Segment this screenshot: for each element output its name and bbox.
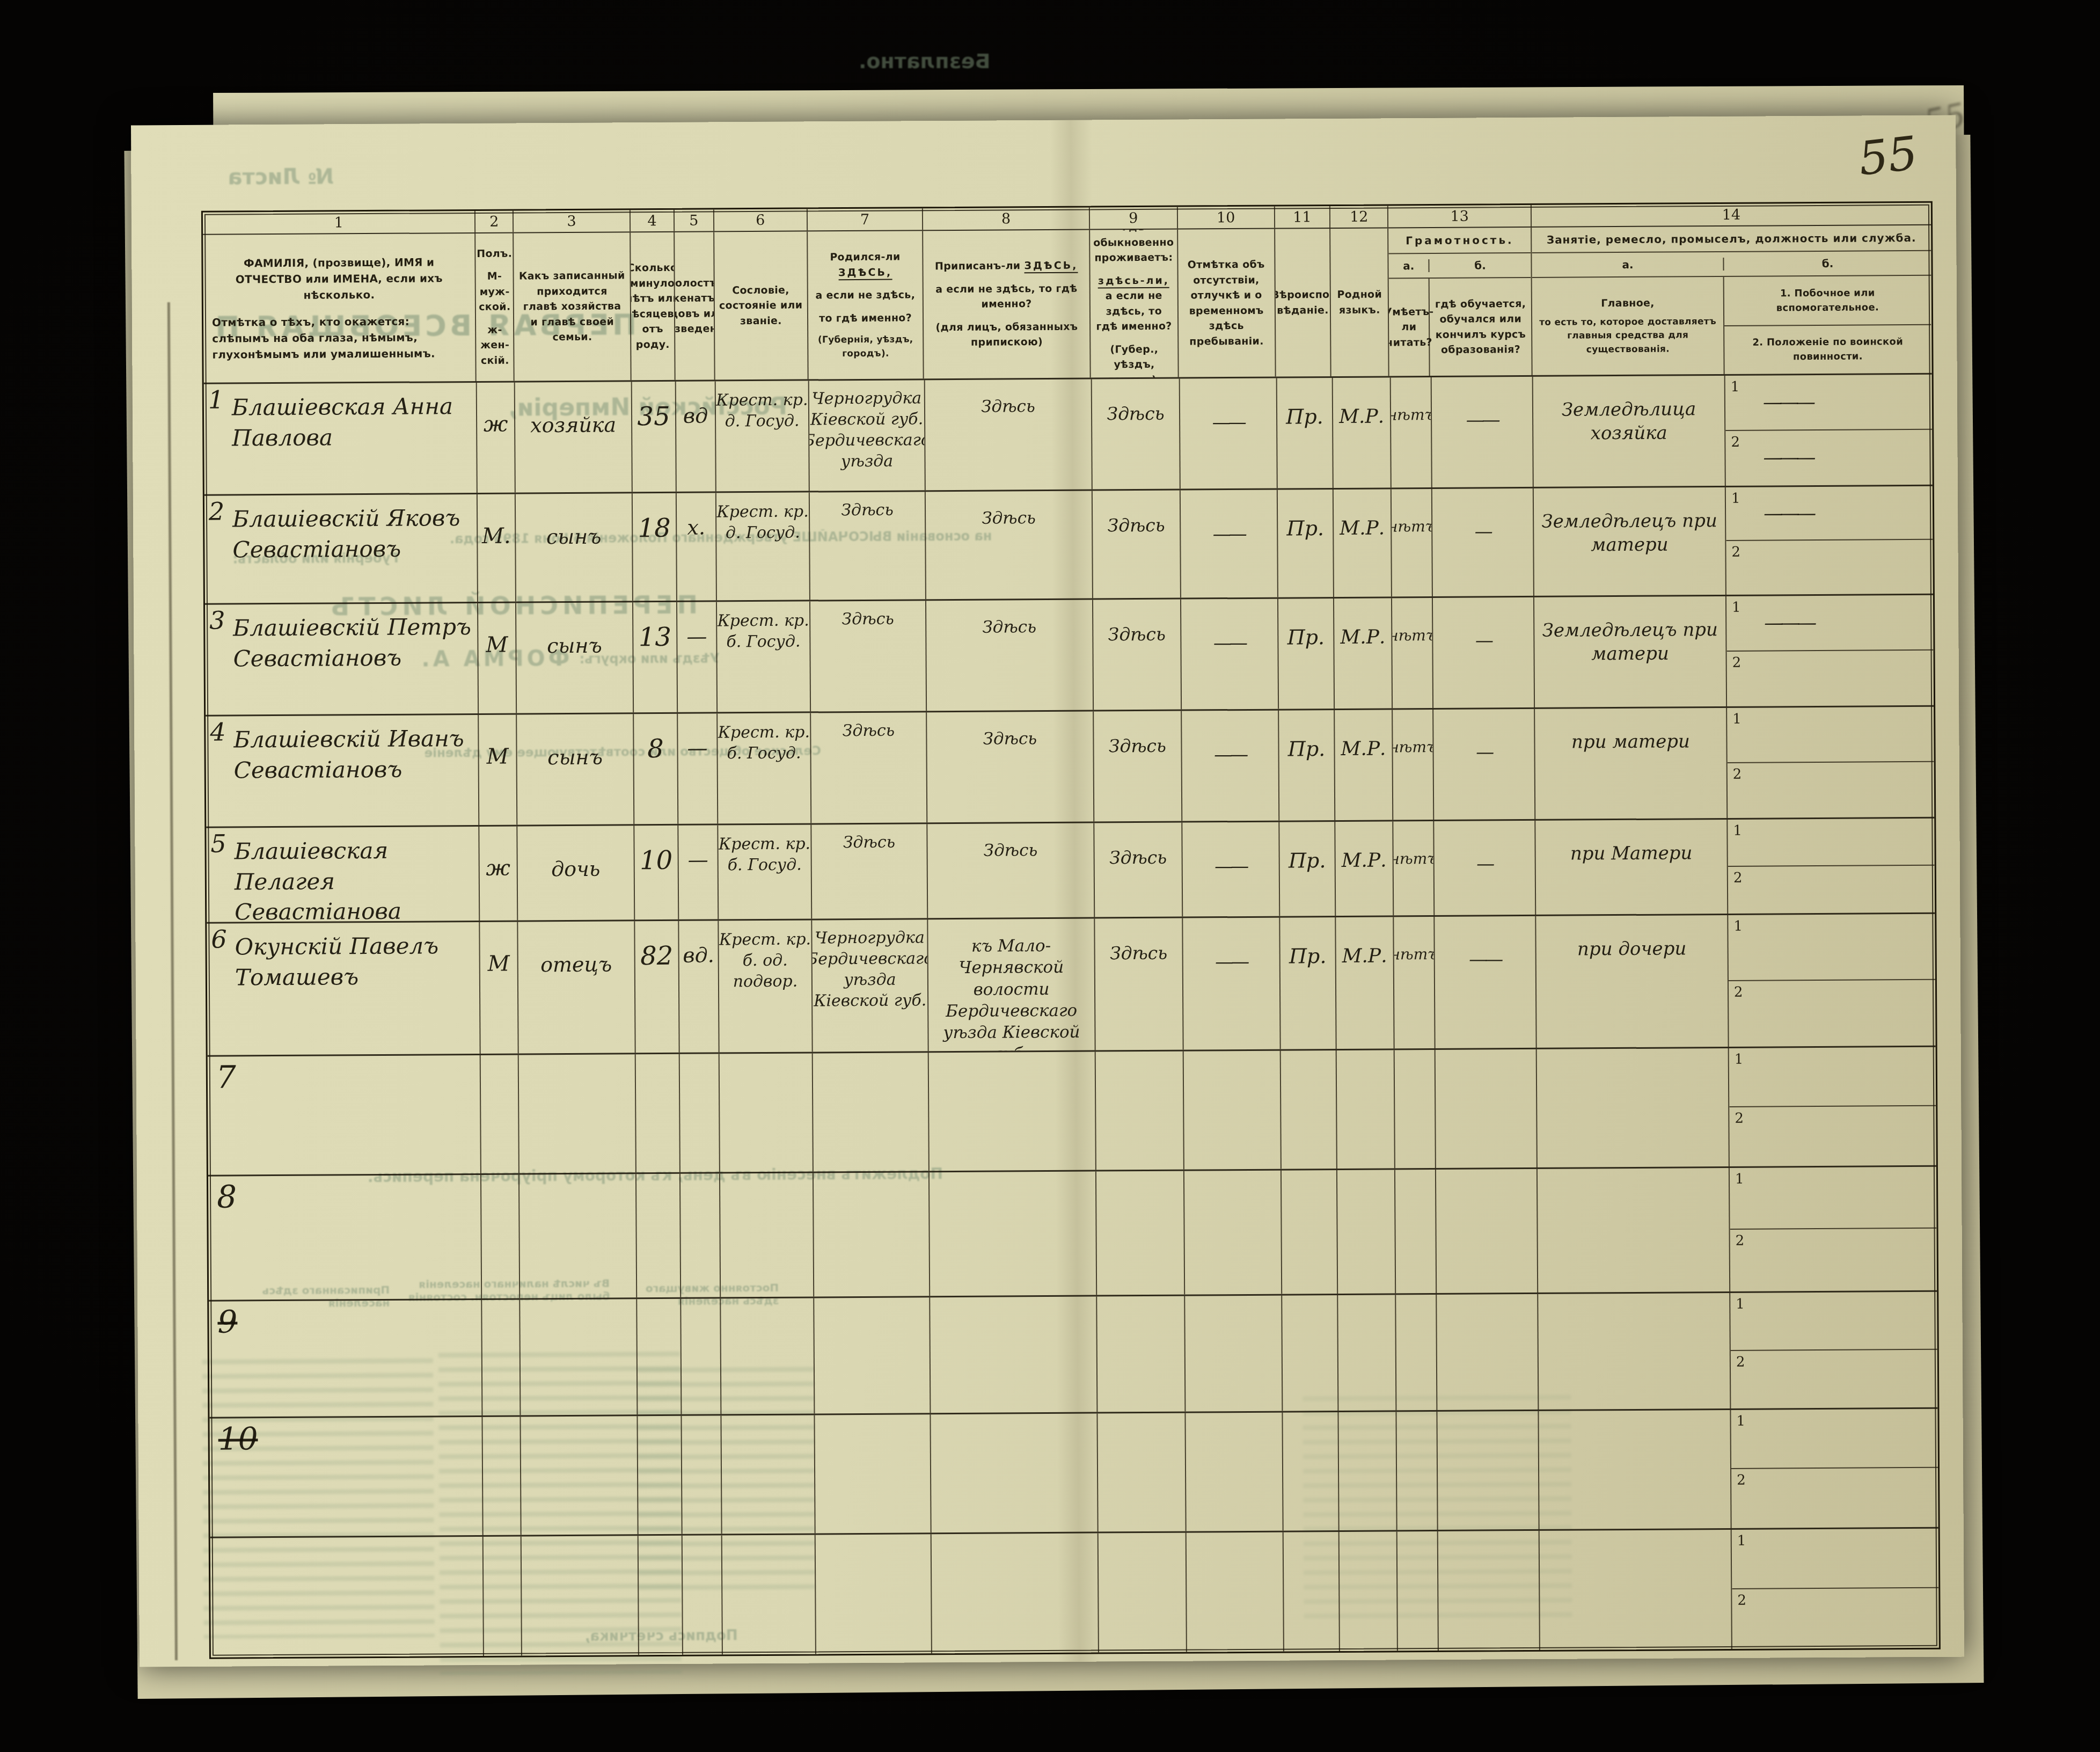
absence-cell: —— <box>1183 918 1281 1050</box>
bleed-sheet-no: № Листа <box>228 164 333 189</box>
occupation-cell: Земледѣлецъ при матери <box>1534 596 1727 707</box>
header-religion: Вѣроиспо-вѣданіе. <box>1275 229 1331 377</box>
side-occupation-sub2: 2 <box>1731 1468 1938 1528</box>
side-occupation-sub1: 1 ——— <box>1725 375 1933 431</box>
person-name: Блашіевская Анна Павлова <box>204 383 477 454</box>
person-name: Блашіевскій Яковъ Севастіановъ <box>204 494 477 565</box>
religion-cell: Пр. <box>1278 490 1334 597</box>
side-occupation-sub2: 2 <box>1729 1106 1936 1166</box>
residence-cell <box>1096 1052 1184 1170</box>
side-occupation-sub1: 1 ——— <box>1726 486 1933 541</box>
sub-label-2: 2 <box>1737 1472 1746 1488</box>
side-occupation-sub1: 1 <box>1729 1047 1936 1107</box>
relation-cell: отецъ <box>518 921 635 1053</box>
estate-cell <box>720 1053 814 1172</box>
estate-cell: Крест. кр. б. Госуд. <box>717 601 811 712</box>
col-number-8: 8 <box>923 208 1090 230</box>
absence-cell <box>1187 1532 1284 1652</box>
residence-cell: Здѣсь <box>1094 823 1183 917</box>
education-cell: — <box>1434 821 1536 915</box>
header-estate: Сословіе, состояніе или званіе. <box>714 231 808 379</box>
reads-cell: нѣтъ <box>1393 710 1434 820</box>
marital-cell: вд. <box>679 921 719 1052</box>
header-birthplace: Родился-ли ЗДѢСЬ, а если не здѣсь, то гд… <box>808 231 924 379</box>
header-occupation-title: Занятіе, ремесло, промыселъ, должность и… <box>1532 225 1931 253</box>
header-sex-female: ж-жен-скій. <box>480 322 509 368</box>
name-cell: 9 <box>209 1300 482 1417</box>
row-number: 6 <box>211 925 227 954</box>
sub-label-1: 1 <box>1735 1171 1744 1187</box>
marital-cell <box>681 1173 721 1297</box>
religion-cell <box>1284 1532 1340 1652</box>
col-number-3: 3 <box>514 210 631 232</box>
reads-cell <box>1395 1170 1437 1293</box>
registered-cell <box>931 1413 1098 1532</box>
header-name: ФАМИЛІЯ, (прозвище), ИМЯ и ОТЧЕСТВО или … <box>203 233 477 383</box>
header-occupation-main-text: то есть то, которое доставляетъ главныя … <box>1536 315 1719 356</box>
name-cell: 7 <box>208 1055 481 1175</box>
table-body: 1 Блашіевская Анна Павлова ж хозяйка 35 … <box>204 375 1939 1658</box>
header-occupation-a-label: а. <box>1532 258 1724 272</box>
name-cell: 4 Блашіевскій Иванъ Севастіановъ <box>206 715 479 827</box>
education-cell: — <box>1433 709 1535 820</box>
sex-cell: ж <box>477 383 516 493</box>
birthplace-cell: Здѣсь <box>810 492 926 600</box>
occupation-cell <box>1540 1530 1732 1650</box>
sex-cell: М <box>479 715 517 825</box>
birthplace-cell: Здѣсь <box>811 824 928 918</box>
header-birthplace-line1: Родился-ли ЗДѢСЬ, <box>811 249 919 280</box>
estate-cell <box>721 1415 815 1534</box>
table-row: 6 Окунскій Павелъ Томашевъ М отецъ 82 вд… <box>207 914 1935 1057</box>
religion-cell: Пр. <box>1278 598 1335 709</box>
relation-cell <box>521 1416 638 1535</box>
sub-label-1: 1 <box>1736 1413 1745 1429</box>
relation-cell: сынъ <box>516 493 633 601</box>
birthplace-cell: Здѣсь <box>811 712 927 823</box>
sub-label-2: 2 <box>1736 1354 1745 1370</box>
religion-cell <box>1282 1295 1338 1411</box>
col-number-2: 2 <box>475 211 514 232</box>
sex-cell <box>482 1417 521 1535</box>
birthplace-cell <box>813 1053 930 1171</box>
age-cell: 10 <box>634 826 679 919</box>
header-birthplace-line2: а если не здѣсь, <box>815 287 915 303</box>
side-occupation-sub2: 2 <box>1731 1349 1938 1408</box>
side-occupation-sub1: 1 <box>1728 914 1935 981</box>
side-occupation-cell: 1 ——— 2 ——— <box>1725 375 1933 486</box>
birthplace-cell <box>814 1297 931 1413</box>
estate-cell <box>722 1535 816 1654</box>
estate-cell: Крест. кр. б. Госуд. <box>718 824 812 919</box>
registered-cell: Здѣсь <box>927 823 1095 918</box>
header-birthplace-line3: то гдѣ именно? <box>819 310 912 326</box>
side-occupation-sub2: 2 ——— <box>1725 429 1933 486</box>
col-number-12: 12 <box>1330 206 1388 228</box>
sex-cell <box>482 1300 521 1415</box>
registered-cell <box>930 1296 1097 1413</box>
occupation-cell: при дочери <box>1536 915 1729 1048</box>
registered-cell: Здѣсь <box>927 712 1094 823</box>
side-occupation-sub2: 2 <box>1726 540 1933 595</box>
header-relation: Какъ записанный приходится главѣ хозяйст… <box>514 232 631 381</box>
age-cell <box>639 1536 683 1655</box>
side-occupation-cell: 1 2 <box>1732 1529 1939 1649</box>
reads-cell: нѣтъ <box>1391 377 1432 487</box>
language-cell <box>1338 1295 1396 1411</box>
sub-label-2: 2 <box>1732 654 1742 670</box>
education-cell: —— <box>1432 377 1534 487</box>
side-occupation-sub1: 1 <box>1732 1529 1939 1589</box>
sub-label-2: 2 <box>1736 1233 1745 1249</box>
row-number: 8 <box>217 1178 237 1215</box>
sub-label-2: 2 <box>1731 544 1740 560</box>
marital-cell <box>682 1415 722 1534</box>
side-occupation-sub2: 2 <box>1728 762 1935 818</box>
col-number-13: 13 <box>1388 205 1532 227</box>
marital-cell: — <box>678 825 719 919</box>
empty-table-row: 1 2 <box>210 1529 1939 1658</box>
col-number-7: 7 <box>807 208 923 230</box>
sub-label-2: 2 <box>1733 870 1743 886</box>
education-cell: —— <box>1435 916 1536 1048</box>
language-cell: М.Р. <box>1336 917 1394 1049</box>
sub-label-1: 1 <box>1733 918 1743 935</box>
religion-cell: Пр. <box>1280 917 1336 1049</box>
age-cell <box>638 1416 682 1534</box>
row-number: 10 <box>218 1420 258 1457</box>
sex-cell: ж <box>479 827 518 921</box>
table-row: 5 Блашіевская Пелагея Севастіанова ж доч… <box>206 819 1935 924</box>
registered-cell: къ Мало-Чернявской волости Бердичевскаго… <box>928 919 1095 1052</box>
row-number: 2 <box>209 497 225 526</box>
education-cell <box>1437 1294 1539 1410</box>
reads-cell <box>1395 1050 1436 1168</box>
sex-cell <box>481 1175 520 1298</box>
relation-cell <box>522 1536 639 1655</box>
occupation-cell <box>1537 1048 1730 1167</box>
side-occupation-cell: 1 2 <box>1730 1167 1937 1291</box>
absence-cell: —— <box>1180 378 1278 489</box>
sub-label-1: 1 <box>1731 491 1740 507</box>
header-occupation-group: Занятіе, ремесло, промыселъ, должность и… <box>1532 225 1932 375</box>
header-sex-title: Полъ. <box>477 246 512 261</box>
header-residence-line1: Гдѣ обыкновенно проживаетъ: <box>1093 230 1174 266</box>
education-cell: — <box>1433 597 1535 708</box>
absence-cell: —— <box>1182 822 1280 917</box>
estate-cell: Крест. кр. д. Госуд. <box>716 381 810 491</box>
language-cell <box>1337 1170 1396 1294</box>
side-occupation-cell: 1 ——— 2 <box>1726 486 1933 595</box>
header-literacy-education: гдѣ обучается, обучался или кончилъ курс… <box>1430 278 1532 376</box>
col-number-9: 9 <box>1090 207 1178 229</box>
page-number: 55 <box>1856 127 1920 186</box>
header-residence-rest: а если не здѣсь, то гдѣ именно? <box>1096 290 1172 333</box>
residence-cell <box>1099 1533 1187 1653</box>
marital-cell <box>681 1298 721 1414</box>
marital-cell <box>680 1054 720 1172</box>
header-occupation-b-label: б. <box>1724 257 1931 271</box>
header-literacy-reads: Умѣетъ-ли читать? <box>1389 279 1430 376</box>
side-occupation-sub1: 1 <box>1730 1292 1937 1351</box>
side-occupation-sub2: 2 <box>1729 980 1936 1047</box>
relation-cell <box>519 1054 636 1173</box>
side-occupation-sub2: 2 <box>1727 650 1934 706</box>
person-name: Блашіевская Пелагея Севастіанова <box>206 827 479 922</box>
occupation-cell: Земледѣлецъ при матери <box>1534 487 1726 596</box>
residence-cell: Здѣсь <box>1094 711 1182 822</box>
name-cell: 10 <box>209 1417 483 1537</box>
registered-cell <box>929 1052 1096 1171</box>
estate-cell: Крест. кр. б. од. подвор. <box>719 920 813 1052</box>
side-occupation-sub1: 1 ——— <box>1726 595 1934 652</box>
occupation-cell: при матери <box>1535 708 1728 819</box>
birthplace-cell <box>816 1534 932 1654</box>
header-sex: Полъ. М-муж-ской. ж-жен-скій. <box>476 233 515 381</box>
col-number-5: 5 <box>675 209 714 231</box>
relation-cell: хозяйка <box>515 382 633 492</box>
col-number-4: 4 <box>631 210 675 231</box>
reads-cell <box>1397 1531 1439 1651</box>
language-cell: М.Р. <box>1335 710 1393 820</box>
bleed-free-label: Безплатно. <box>859 49 990 73</box>
sex-cell: М <box>478 603 517 713</box>
education-cell <box>1438 1531 1540 1651</box>
name-cell <box>210 1537 484 1658</box>
person-name: Окунскій Павелъ Томашевъ <box>207 922 479 993</box>
census-table: 1 2 3 4 5 6 7 8 9 10 11 12 13 14 ФАМИЛІЯ… <box>201 201 1941 1659</box>
col-number-11: 11 <box>1275 206 1330 228</box>
col-number-6: 6 <box>714 209 808 231</box>
education-cell <box>1436 1169 1538 1293</box>
census-sheet: № Листа ПЕРВАЯ ВСЕОБЩАЯ ПЕРЕПИСЬ Россійс… <box>131 115 1964 1667</box>
under-sheet-edge <box>167 302 178 1660</box>
reads-cell: нѣтъ <box>1394 917 1435 1048</box>
header-residence-line2: здѣсь-ли, а если не здѣсь, то гдѣ именно… <box>1094 273 1174 334</box>
language-cell: М.Р. <box>1333 377 1392 488</box>
header-sex-male: М-муж-ской. <box>479 269 511 315</box>
birthplace-cell <box>815 1414 931 1533</box>
row-number: 1 <box>208 385 224 414</box>
table-row: 2 Блашіевскій Яковъ Севастіановъ М. сынъ… <box>204 486 1933 605</box>
person-name: Блашіевскій Иванъ Севастіановъ <box>206 715 478 786</box>
age-cell <box>636 1054 681 1172</box>
sub-label-2: 2 <box>1733 766 1742 782</box>
registered-cell <box>932 1533 1099 1653</box>
language-cell <box>1338 1412 1397 1530</box>
birthplace-cell: Черногрудка Бердичевскаго уѣзда Кіевской… <box>812 919 928 1052</box>
header-residence: Гдѣ обыкновенно проживаетъ: здѣсь-ли, а … <box>1090 230 1179 378</box>
header-occupation-main-title: Главное, <box>1601 296 1655 311</box>
reads-cell <box>1396 1412 1438 1530</box>
scanner-background: 55 Безплатно. № Листа ПЕРВАЯ ВСЕОБЩАЯ ПЕ… <box>0 0 2100 1752</box>
empty-table-row: 10 1 2 <box>209 1409 1938 1538</box>
absence-cell <box>1184 1051 1282 1170</box>
sub-label-2: 2 <box>1731 434 1740 450</box>
header-name-line2: Отмѣтка о тѣхъ, кто окажется: слѣпымъ на… <box>212 313 467 363</box>
header-registered: Приписанъ-ли ЗДѢСЬ, а если не здѣсь, то … <box>924 230 1091 379</box>
sub-label-2: 2 <box>1734 984 1743 1000</box>
header-registered-line2: а если не здѣсь, то гдѣ именно? <box>927 281 1086 312</box>
row-number: 4 <box>210 718 226 747</box>
header-literacy-b-label: б. <box>1430 259 1531 272</box>
name-cell: 6 Окунскій Павелъ Томашевъ <box>207 922 480 1055</box>
absence-cell: —— <box>1182 711 1279 821</box>
row-number: 9 <box>217 1303 237 1340</box>
occupation-cell <box>1539 1410 1731 1529</box>
absence-cell: —— <box>1181 599 1279 710</box>
age-cell <box>637 1299 682 1414</box>
occupation-cell: при Матери <box>1535 820 1728 915</box>
empty-table-row: 8 1 2 <box>208 1167 1937 1302</box>
estate-cell: Крест. кр. д. Госуд. <box>716 492 810 600</box>
empty-table-row: 7 1 2 <box>208 1047 1936 1177</box>
name-cell: 8 <box>208 1175 482 1300</box>
relation-cell: сынъ <box>517 714 634 824</box>
estate-cell: Крест. кр. б. Госуд. <box>718 713 811 823</box>
estate-cell <box>720 1173 814 1297</box>
residence-cell <box>1097 1296 1186 1412</box>
absence-cell <box>1184 1171 1282 1295</box>
education-cell <box>1437 1411 1539 1530</box>
relation-cell: дочь <box>517 826 635 920</box>
sub-label-1: 1 <box>1733 823 1742 839</box>
language-cell <box>1340 1531 1398 1651</box>
header-language: Родной языкъ. <box>1331 228 1389 376</box>
header-birthplace-q: Родился-ли <box>830 251 900 264</box>
side-occupation-cell: 1 2 <box>1729 1047 1936 1166</box>
header-absence: Отмѣтка объ отсутствіи, отлучкѣ и о врем… <box>1178 229 1276 377</box>
sex-cell <box>481 1055 519 1173</box>
residence-cell: Здѣсь <box>1093 600 1182 710</box>
side-occupation-sub1: 1 <box>1728 819 1934 867</box>
religion-cell <box>1281 1050 1337 1169</box>
marital-cell: х. <box>677 493 717 600</box>
age-cell: 13 <box>633 602 678 712</box>
row-number: 3 <box>209 606 225 635</box>
marital-cell: — <box>677 602 718 712</box>
name-cell: 1 Блашіевская Анна Павлова <box>204 383 478 494</box>
header-residence-here: здѣсь-ли, <box>1098 274 1169 288</box>
absence-cell <box>1185 1296 1283 1412</box>
header-occupation-military: 2. Положеніе по воинской повинности. <box>1724 325 1931 374</box>
person-name: Блашіевскій Петръ Севастіановъ <box>205 603 478 674</box>
residence-cell <box>1097 1413 1186 1532</box>
marital-cell <box>683 1535 723 1654</box>
language-cell: М.Р. <box>1334 598 1393 709</box>
table-row: 3 Блашіевскій Петръ Севастіановъ М сынъ … <box>205 595 1934 717</box>
religion-cell: Пр. <box>1279 710 1335 821</box>
header-literacy-group: Грамотность. а. б. Умѣетъ-ли читать? гдѣ… <box>1388 228 1532 376</box>
registered-cell <box>930 1172 1097 1296</box>
residence-cell: Здѣсь <box>1095 918 1183 1050</box>
side-occupation-cell: 1 2 <box>1731 1409 1938 1528</box>
relation-cell <box>520 1299 638 1415</box>
table-row: 4 Блашіевскій Иванъ Севастіановъ М сынъ … <box>206 707 1934 828</box>
residence-cell: Здѣсь <box>1092 379 1181 490</box>
birthplace-cell: Здѣсь <box>810 601 927 711</box>
header-registered-q: Приписанъ-ли <box>935 260 1021 273</box>
side-occupation-cell: 1 2 <box>1728 914 1935 1047</box>
side-occupation-cell: 1 2 <box>1727 707 1934 818</box>
absence-cell: —— <box>1181 490 1278 598</box>
side-occupation-cell: 1 2 <box>1730 1292 1937 1408</box>
sub-label-1: 1 <box>1736 1296 1745 1312</box>
sub-label-2: 2 <box>1735 1111 1744 1127</box>
header-residence-note: (Губер., уѣздъ, городъ). <box>1094 341 1174 377</box>
sub-label-1: 1 <box>1732 711 1742 727</box>
row-number: 7 <box>216 1058 236 1095</box>
col-number-14: 14 <box>1532 203 1931 227</box>
col-number-10: 10 <box>1178 207 1275 229</box>
education-cell: — <box>1432 488 1534 596</box>
sub-label-1: 1 <box>1737 1533 1746 1549</box>
name-cell: 2 Блашіевскій Яковъ Севастіановъ <box>204 494 478 603</box>
sub-label-1: 1 <box>1732 600 1741 616</box>
sub-label-1: 1 <box>1731 379 1740 395</box>
age-cell: 8 <box>634 714 678 824</box>
occupation-cell: Земледѣлица хозяйка <box>1533 376 1726 487</box>
sub-label-2: 2 <box>1737 1593 1746 1609</box>
empty-table-row: 9 1 2 <box>209 1292 1937 1419</box>
reads-cell: нѣтъ <box>1392 598 1433 708</box>
religion-cell: Пр. <box>1279 822 1336 916</box>
header-occupation-side: 1. Побочное или вспомогательное. <box>1724 276 1931 326</box>
relation-cell: сынъ <box>516 602 634 713</box>
sub-label-1: 1 <box>1735 1052 1744 1068</box>
header-birthplace-here: ЗДѢСЬ, <box>838 266 892 280</box>
side-occupation-sub2: 2 <box>1728 865 1935 914</box>
religion-cell <box>1282 1170 1338 1294</box>
sex-cell: М. <box>478 494 516 602</box>
age-cell: 35 <box>632 382 677 492</box>
registered-cell: Здѣсь <box>925 379 1093 491</box>
reads-cell: нѣтъ <box>1392 489 1433 596</box>
side-occupation-sub1: 1 <box>1730 1167 1937 1230</box>
sex-cell: М <box>480 922 518 1054</box>
header-birthplace-note: (Губернія, уѣздъ, городъ). <box>812 333 919 361</box>
reads-cell <box>1396 1295 1437 1410</box>
sex-cell <box>484 1536 522 1655</box>
language-cell <box>1337 1050 1395 1169</box>
side-occupation-cell: 1 ——— 2 <box>1726 595 1934 706</box>
col-number-1: 1 <box>203 211 476 234</box>
header-registered-note: (для лицъ, обязанныхъ припискою) <box>927 319 1086 351</box>
name-cell: 3 Блашіевскій Петръ Севастіановъ <box>205 603 479 715</box>
relation-cell <box>519 1174 637 1298</box>
age-cell <box>636 1174 681 1297</box>
registered-cell: Здѣсь <box>926 491 1093 600</box>
side-occupation-cell: 1 2 <box>1728 819 1935 914</box>
birthplace-cell: Черногрудка Кіевской губ. Бердичевскаго … <box>809 380 926 491</box>
marital-cell: вд <box>676 381 716 491</box>
language-cell: М.Р. <box>1335 821 1394 916</box>
header-age: Сколько минуло лѣтъ или мѣсяцевъ отъ род… <box>631 232 675 380</box>
religion-cell: Пр. <box>1277 378 1334 488</box>
header-literacy-a-label: а. <box>1389 259 1430 272</box>
religion-cell <box>1283 1412 1339 1531</box>
reads-cell: нѣтъ <box>1393 821 1435 915</box>
age-cell: 18 <box>633 493 677 601</box>
language-cell: М.Р. <box>1334 489 1392 597</box>
header-literacy-title: Грамотность. <box>1388 228 1531 254</box>
side-occupation-sub1: 1 <box>1731 1409 1938 1469</box>
absence-cell <box>1186 1413 1283 1531</box>
birthplace-cell <box>814 1172 930 1296</box>
header-registered-here: ЗДѢСЬ, <box>1024 260 1078 274</box>
residence-cell <box>1096 1171 1185 1295</box>
estate-cell <box>721 1298 815 1414</box>
